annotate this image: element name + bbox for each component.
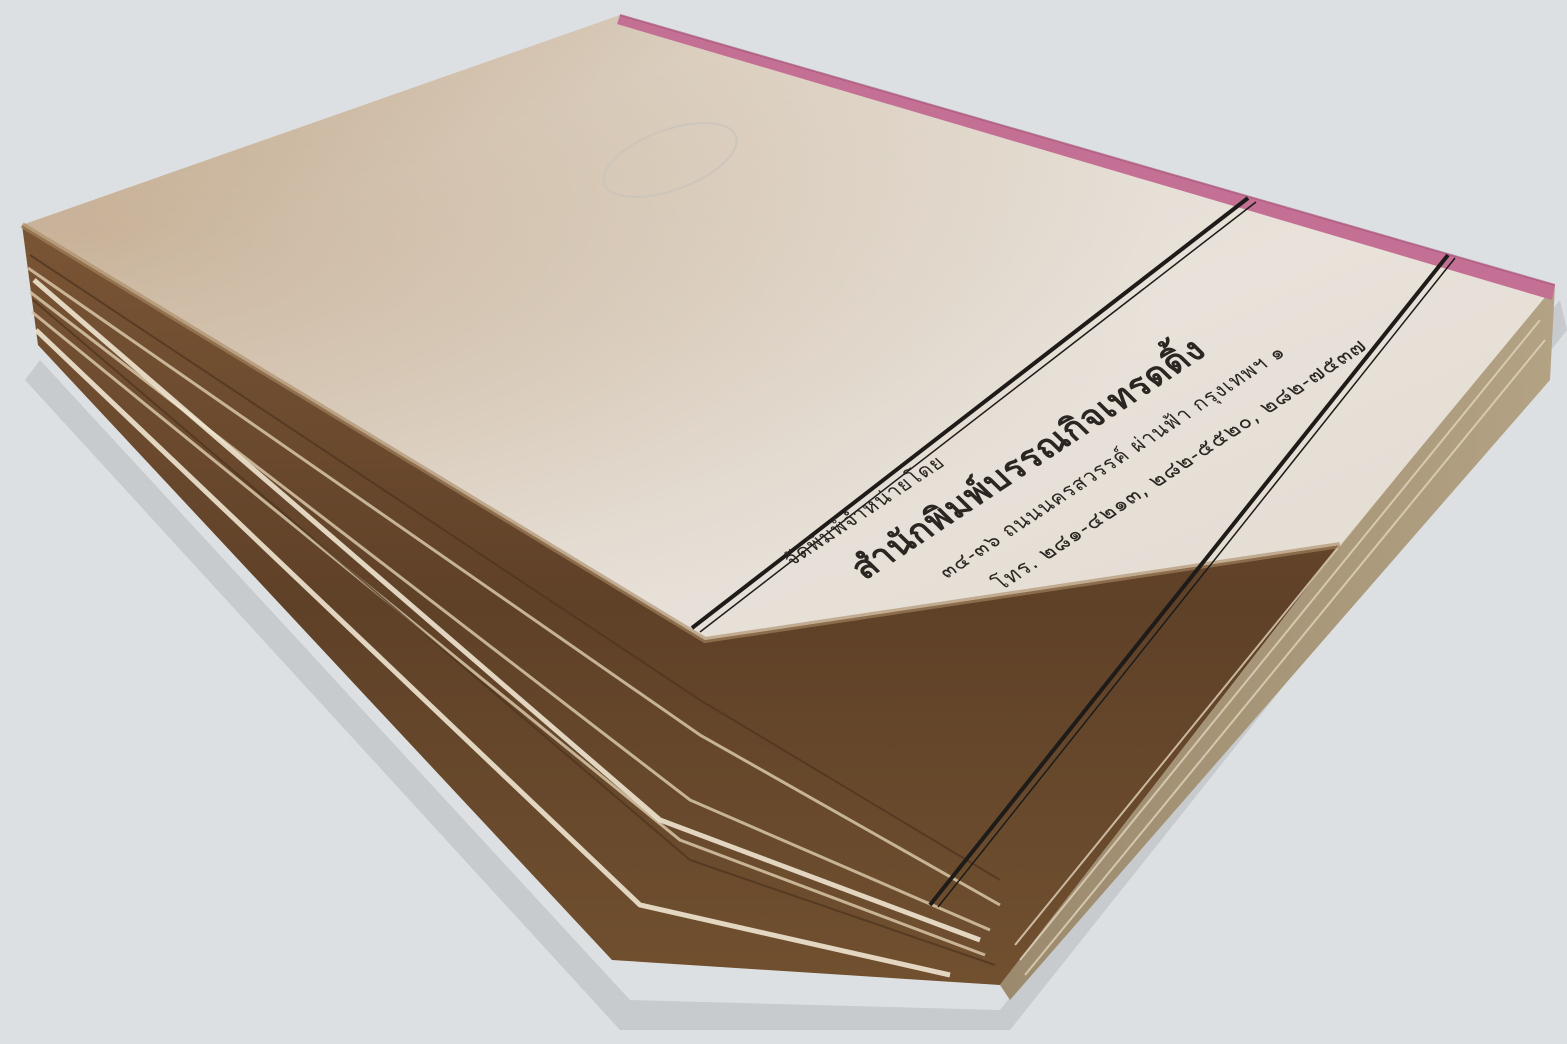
book-photo-scene: จัดพิมพ์จำหน่ายโดย สำนักพิมพ์บรรณกิจเทรด… [0,0,1567,1044]
book-illustration [0,0,1567,1044]
